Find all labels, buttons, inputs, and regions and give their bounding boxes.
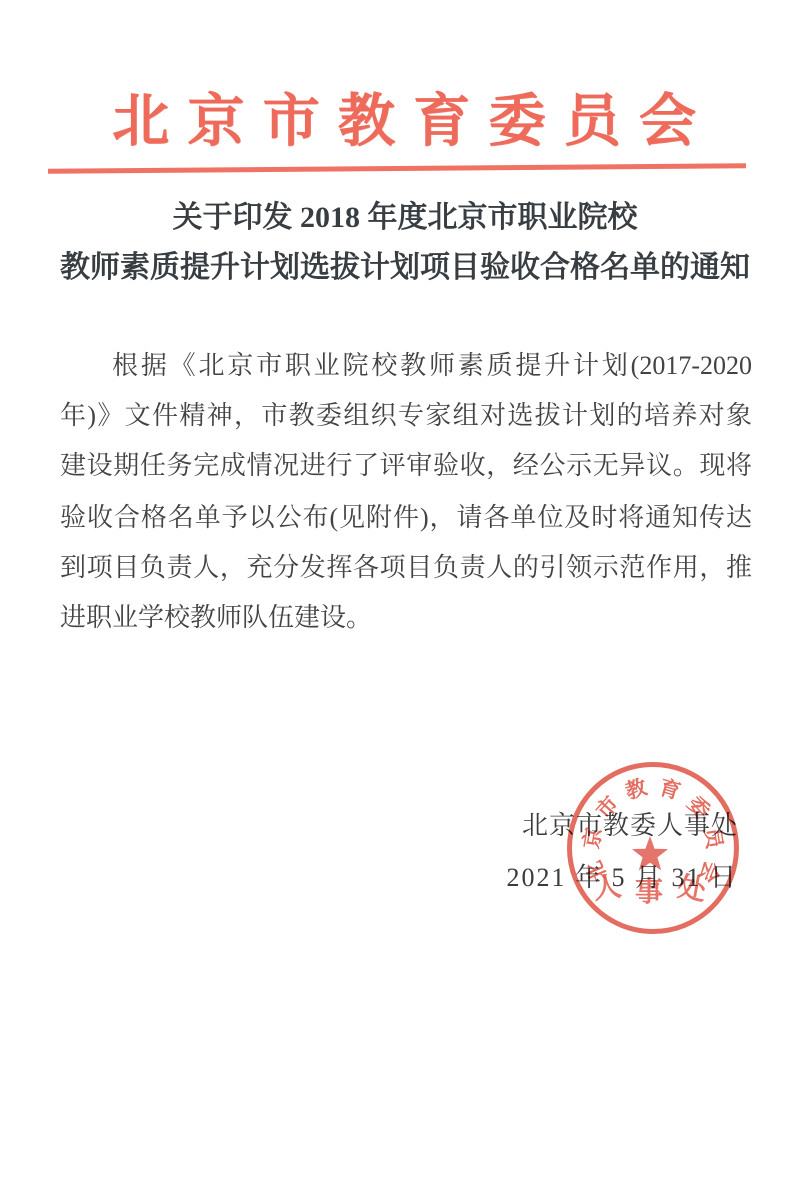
body-line: 根据《北京市职业院校教师素质提升计划(2017-2020 — [60, 341, 752, 391]
signature-date: 2021 年 5 月 31 日 — [506, 860, 738, 896]
seal-ring-char: 教 — [623, 775, 651, 804]
signature-block: 北京市教委人事处 2021 年 5 月 31 日 — [506, 808, 738, 896]
letterhead-org-name: 北 京 市 教 育 委 员 会 — [0, 84, 810, 160]
body-line: 到项目负责人，充分发挥各项目负责人的引领示范作用，推 — [60, 543, 752, 593]
seal-ring-char: 育 — [656, 775, 683, 804]
body-line: 年)》文件精神，市教委组织专家组对选拔计划的培养对象 — [60, 391, 752, 441]
body-line: 建设期任务完成情况进行了评审验收，经公示无异议。现将 — [60, 441, 752, 491]
letterhead-divider-rule — [48, 163, 746, 173]
title-line-1: 关于印发 2018 年度北京市职业院校 — [0, 193, 810, 243]
body-paragraph: 根据《北京市职业院校教师素质提升计划(2017-2020 年)》文件精神，市教委… — [60, 341, 752, 643]
body-line: 验收合格名单予以公布(见附件)，请各单位及时将通知传达 — [60, 493, 752, 543]
document-page: 北 京 市 教 育 委 员 会 关于印发 2018 年度北京市职业院校 教师素质… — [0, 0, 810, 1189]
body-line: 进职业学校教师队伍建设。 — [60, 593, 752, 643]
document-title: 关于印发 2018 年度北京市职业院校 教师素质提升计划选拔计划项目验收合格名单… — [0, 193, 810, 293]
signature-department: 北京市教委人事处 — [506, 808, 738, 844]
title-line-2: 教师素质提升计划选拔计划项目验收合格名单的通知 — [0, 243, 810, 293]
